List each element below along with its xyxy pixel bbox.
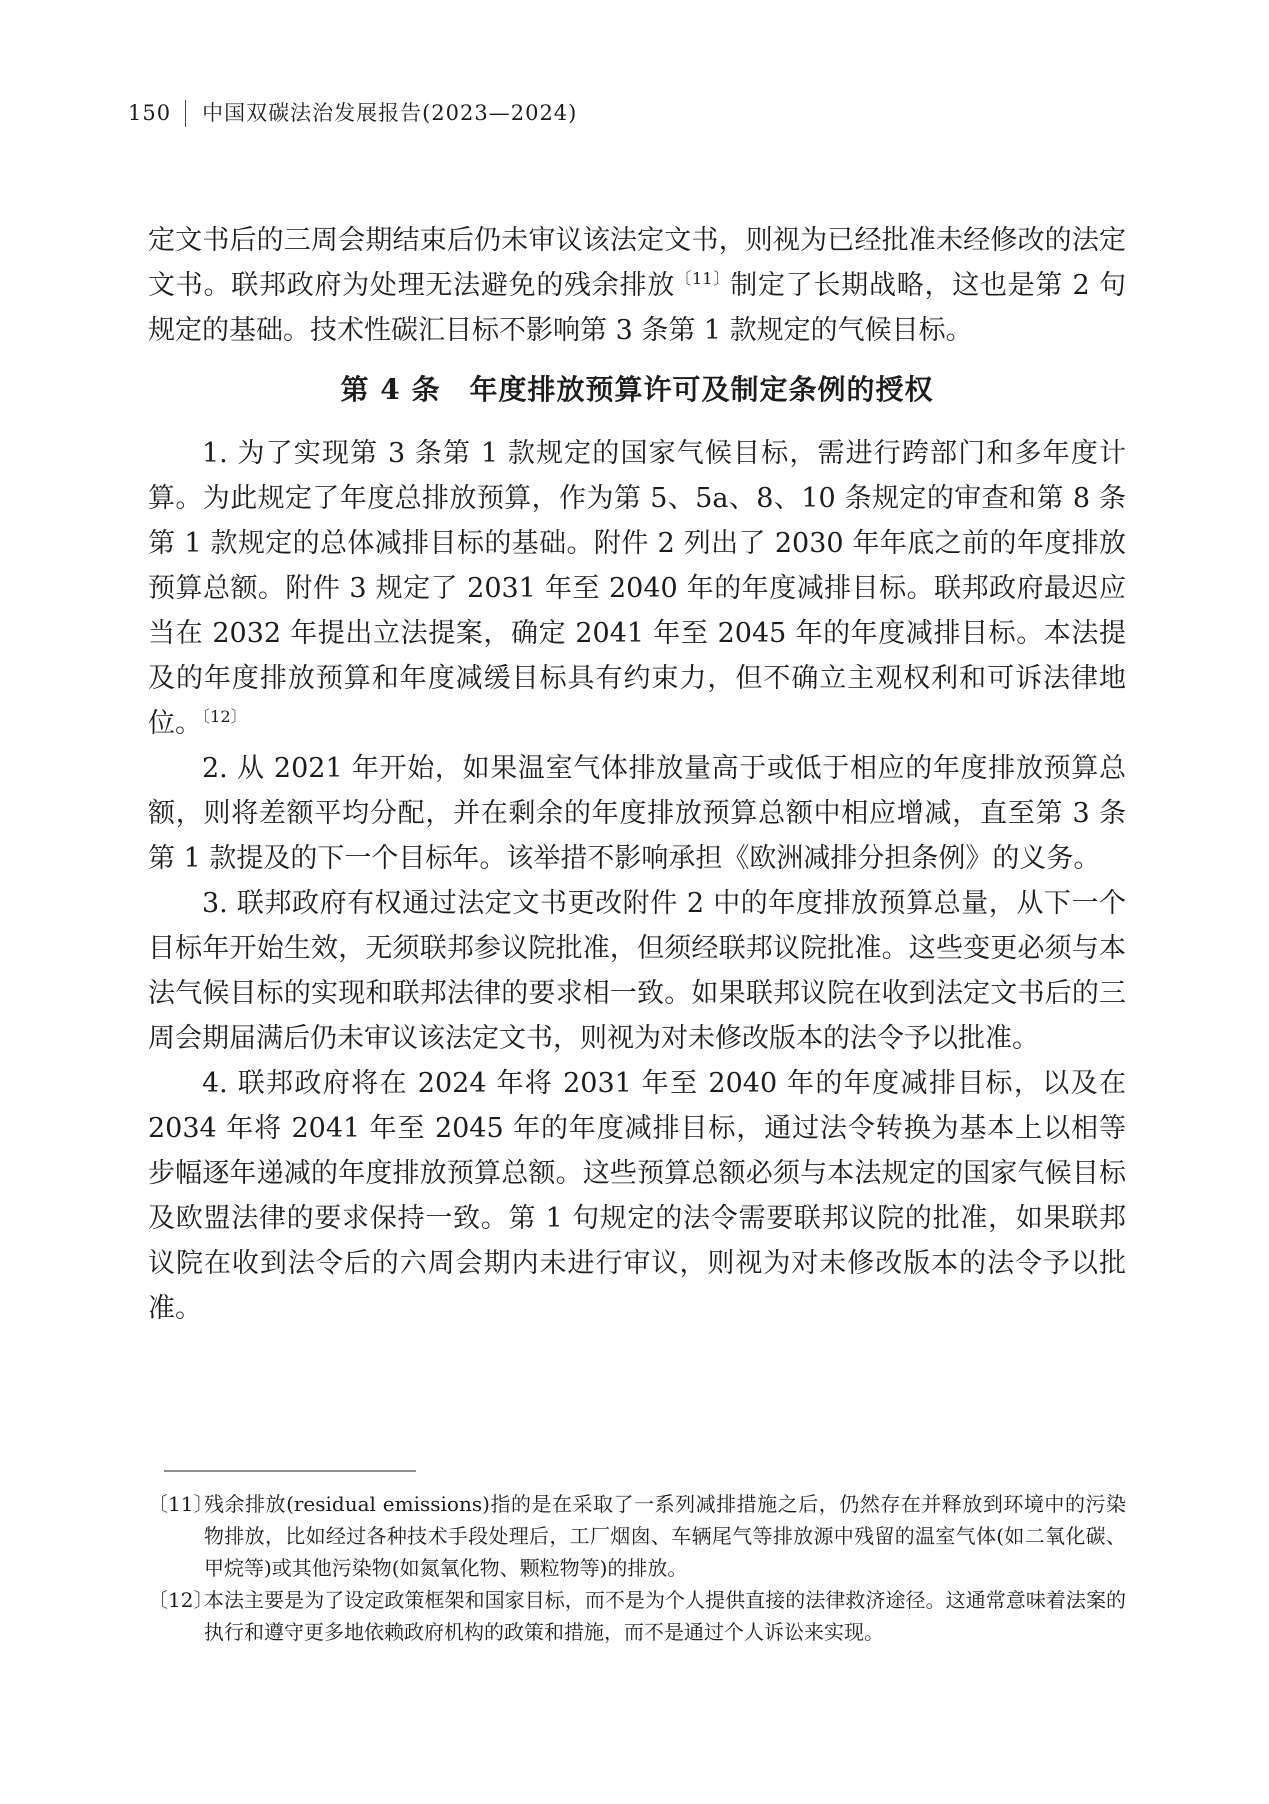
footnote-label: 〔12〕 <box>148 1584 213 1616</box>
footnote-ref-11[interactable]: 〔11〕 <box>675 269 730 288</box>
book-page: 150 中国双碳法治发展报告(2023—2024) 定文书后的三周会期结束后仍未… <box>0 0 1269 1804</box>
article-heading: 第 4 条 年度排放预算许可及制定条例的授权 <box>148 367 1126 412</box>
footnotes-section: 〔11〕 残余排放(residual emissions)指的是在采取了一系列减… <box>148 1470 1126 1648</box>
page-header: 150 中国双碳法治发展报告(2023—2024) <box>128 98 1125 128</box>
paragraph-continuation: 定文书后的三周会期结束后仍未审议该法定文书，则视为已经批准未经修改的法定文书。联… <box>148 218 1126 353</box>
footnote-label: 〔11〕 <box>148 1488 213 1520</box>
footnote-11: 〔11〕 残余排放(residual emissions)指的是在采取了一系列减… <box>148 1488 1126 1584</box>
paragraph-1: 1. 为了实现第 3 条第 1 款规定的国家气候目标，需进行跨部门和多年度计算。… <box>148 431 1126 746</box>
footnote-text: 残余排放(residual emissions)指的是在采取了一系列减排措施之后… <box>204 1492 1126 1580</box>
header-divider <box>185 100 186 127</box>
page-number: 150 <box>128 98 171 128</box>
footnote-ref-12[interactable]: 〔12〕 <box>202 707 247 726</box>
footnote-separator <box>164 1470 416 1472</box>
paragraph-3: 3. 联邦政府有权通过法定文书更改附件 2 中的年度排放预算总量，从下一个目标年… <box>148 881 1126 1061</box>
paragraph-text: 1. 为了实现第 3 条第 1 款规定的国家气候目标，需进行跨部门和多年度计算。… <box>148 438 1126 739</box>
footnote-text: 本法主要是为了设定政策框架和国家目标，而不是为个人提供直接的法律救济途径。这通常… <box>204 1588 1126 1644</box>
footnote-12: 〔12〕 本法主要是为了设定政策框架和国家目标，而不是为个人提供直接的法律救济途… <box>148 1584 1126 1648</box>
paragraph-4: 4. 联邦政府将在 2024 年将 2031 年至 2040 年的年度减排目标，… <box>148 1061 1126 1331</box>
page-content: 定文书后的三周会期结束后仍未审议该法定文书，则视为已经批准未经修改的法定文书。联… <box>148 218 1126 1331</box>
paragraph-2: 2. 从 2021 年开始，如果温室气体排放量高于或低于相应的年度排放预算总额，… <box>148 746 1126 881</box>
book-title: 中国双碳法治发展报告(2023—2024) <box>202 98 577 128</box>
